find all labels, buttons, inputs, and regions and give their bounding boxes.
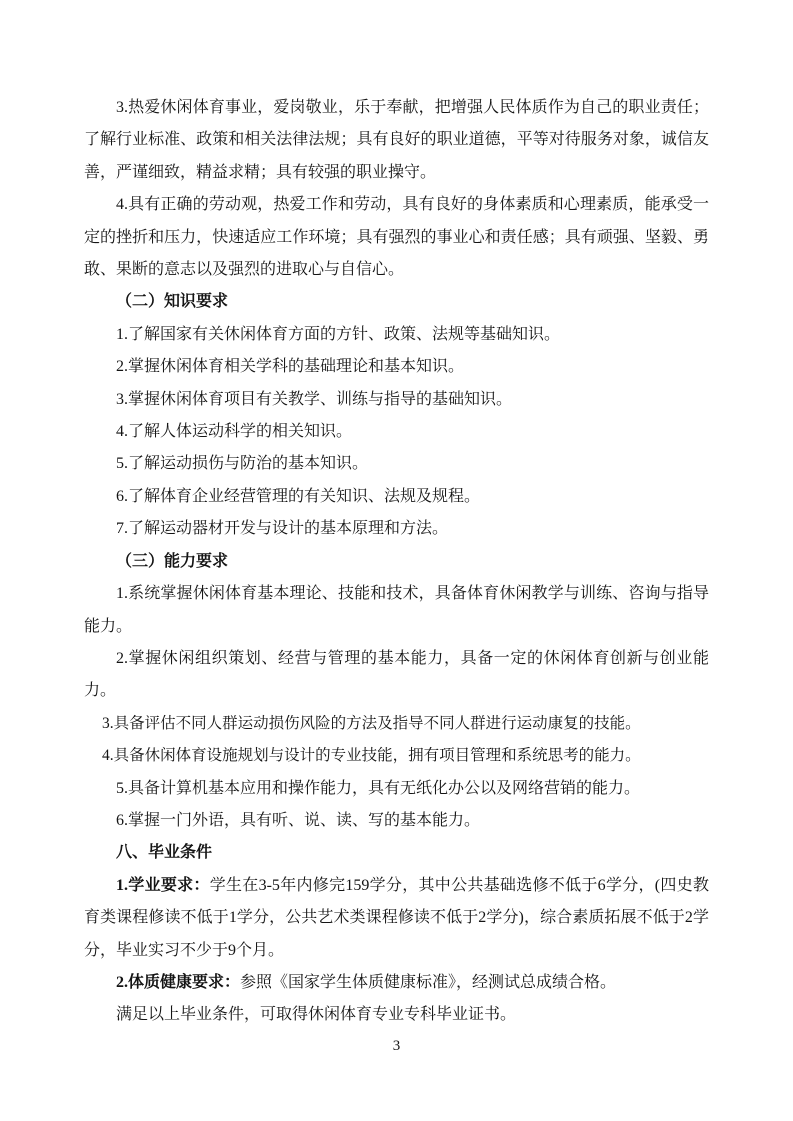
- paragraph-text: 参照《国家学生体质健康标准》，经测试总成绩合格。: [240, 974, 616, 991]
- page-number: 3: [0, 1030, 793, 1062]
- document-content: 3.热爱休闲体育事业，爱岗敬业，乐于奉献，把增强人民体质作为自己的职业责任；了解…: [84, 92, 709, 1032]
- list-item: 3.掌握休闲体育项目有关教学、训练与指导的基础知识。: [84, 384, 709, 416]
- list-item: 6.了解体育企业经营管理的有关知识、法规及规程。: [84, 481, 709, 513]
- paragraph: 1.学业要求：学生在3-5年内修完159学分，其中公共基础选修不低于6学分，(四…: [84, 870, 709, 967]
- paragraph: 4.具有正确的劳动观，热爱工作和劳动，具有良好的身体素质和心理素质，能承受一定的…: [84, 189, 709, 286]
- list-item: 1.系统掌握休闲体育基本理论、技能和技术，具备体育休闲教学与训练、咨询与指导能力…: [84, 578, 709, 643]
- section-heading: （三）能力要求: [84, 546, 709, 578]
- list-item: 5.具备计算机基本应用和操作能力，具有无纸化办公以及网络营销的能力。: [84, 773, 709, 805]
- paragraph: 满足以上毕业条件，可取得休闲体育专业专科毕业证书。: [84, 999, 709, 1031]
- paragraph-bold-label: 1.学业要求：: [116, 877, 210, 894]
- list-item: 7.了解运动器材开发与设计的基本原理和方法。: [84, 513, 709, 545]
- list-item: 6.掌握一门外语，具有听、说、读、写的基本能力。: [84, 805, 709, 837]
- list-item: 1.了解国家有关休闲体育方面的方针、政策、法规等基础知识。: [84, 319, 709, 351]
- list-item: 3.具备评估不同人群运动损伤风险的方法及指导不同人群进行运动康复的技能。: [84, 708, 709, 740]
- paragraph: 2.体质健康要求：参照《国家学生体质健康标准》，经测试总成绩合格。: [84, 967, 709, 999]
- paragraph-bold-label: 2.体质健康要求：: [116, 974, 240, 991]
- paragraph: 3.热爱休闲体育事业，爱岗敬业，乐于奉献，把增强人民体质作为自己的职业责任；了解…: [84, 92, 709, 189]
- list-item: 4.具备休闲体育设施规划与设计的专业技能，拥有项目管理和系统思考的能力。: [84, 740, 709, 772]
- document-page: 3.热爱休闲体育事业，爱岗敬业，乐于奉献，把增强人民体质作为自己的职业责任；了解…: [0, 0, 793, 1121]
- list-item: 2.掌握休闲体育相关学科的基础理论和基本知识。: [84, 351, 709, 383]
- list-item: 2.掌握休闲组织策划、经营与管理的基本能力，具备一定的休闲体育创新与创业能力。: [84, 643, 709, 708]
- section-heading: 八、毕业条件: [84, 837, 709, 869]
- list-item: 5.了解运动损伤与防治的基本知识。: [84, 448, 709, 480]
- list-item: 4.了解人体运动科学的相关知识。: [84, 416, 709, 448]
- section-heading: （二）知识要求: [84, 286, 709, 318]
